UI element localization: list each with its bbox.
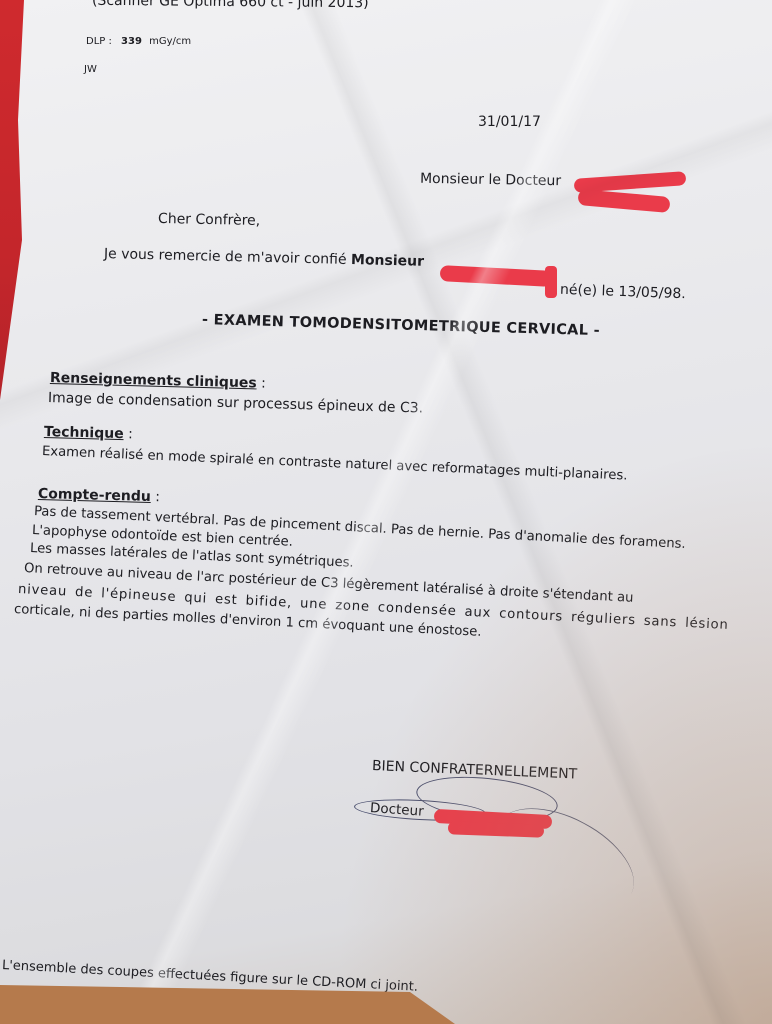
intro-prefix: Je vous remercie de m'avoir confié <box>104 246 347 268</box>
birth-date: né(e) le 13/05/98. <box>560 282 686 302</box>
technique-colon: : <box>128 426 133 442</box>
clinical-colon: : <box>261 376 266 392</box>
signature-title: Docteur <box>369 800 424 820</box>
initials: JW <box>84 64 97 75</box>
clinical-text: Image de condensation sur processus épin… <box>48 390 424 416</box>
dlp-line: DLP : 339 mGy/cm <box>86 36 191 47</box>
paper-document: (Scanner GE Optima 660 ct - juin 2013) D… <box>0 0 772 1024</box>
redaction-recipient-name-2 <box>577 189 670 213</box>
dlp-unit: mGy/cm <box>149 36 191 47</box>
recipient: Monsieur le Docteur <box>420 171 561 189</box>
clinical-section-heading: Renseignements cliniques : <box>50 370 266 392</box>
redaction-patient-name <box>440 265 553 287</box>
dlp-value: 339 <box>121 36 142 47</box>
intro-line: Je vous remercie de m'avoir confié Monsi… <box>104 246 424 270</box>
report-colon: : <box>155 489 160 505</box>
redaction-patient-name-2 <box>545 266 557 298</box>
scanner-info: (Scanner GE Optima 660 ct - juin 2013) <box>92 0 369 11</box>
redaction-signature-name-2 <box>448 821 544 837</box>
patient-title: Monsieur <box>351 252 424 270</box>
dlp-label: DLP : <box>86 36 112 47</box>
footer-note: L'ensemble des coupes effectuées figure … <box>2 958 419 995</box>
report-section-heading: Compte-rendu : <box>38 486 160 505</box>
report-heading: Compte-rendu <box>38 486 151 505</box>
technique-section-heading: Technique : <box>44 424 133 442</box>
letter-date: 31/01/17 <box>478 114 541 130</box>
technique-text: Examen réalisé en mode spiralé en contra… <box>42 444 628 484</box>
greeting: Cher Confrère, <box>158 211 261 229</box>
clinical-heading: Renseignements cliniques <box>50 370 257 391</box>
technique-heading: Technique <box>44 424 124 442</box>
exam-title: - EXAMEN TOMODENSITOMETRIQUE CERVICAL - <box>202 312 600 339</box>
